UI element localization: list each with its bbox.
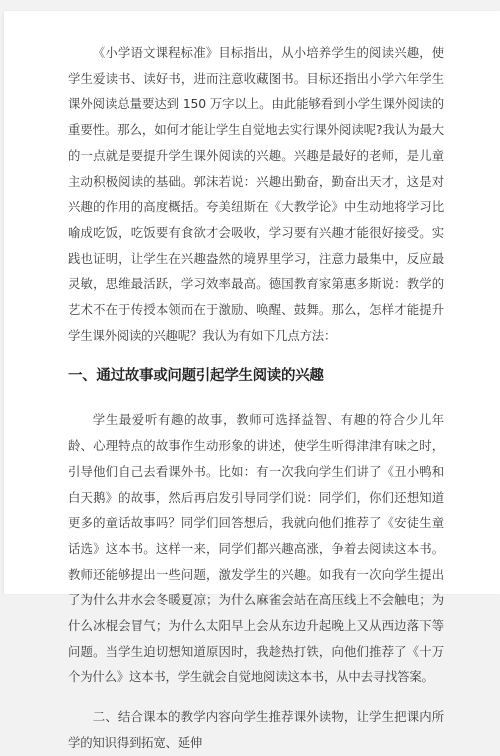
section-1-paragraph: 学生最爱听有趣的故事，教师可选择益智、有趣的符合少儿年龄、心理特点的故事作生动形… <box>68 407 444 594</box>
section-heading-1: 一、通过故事或问题引起学生阅读的兴趣 <box>68 363 444 389</box>
document-page: 《小学语文课程标准》目标指出，从小培养学生的阅读兴趣，使学生爱读书、读好书，进而… <box>4 11 500 594</box>
intro-paragraph: 《小学语文课程标准》目标指出，从小培养学生的阅读兴趣，使学生爱读书、读好书，进而… <box>68 40 444 348</box>
document-content: 《小学语文课程标准》目标指出，从小培养学生的阅读兴趣，使学生爱读书、读好书，进而… <box>68 40 444 594</box>
